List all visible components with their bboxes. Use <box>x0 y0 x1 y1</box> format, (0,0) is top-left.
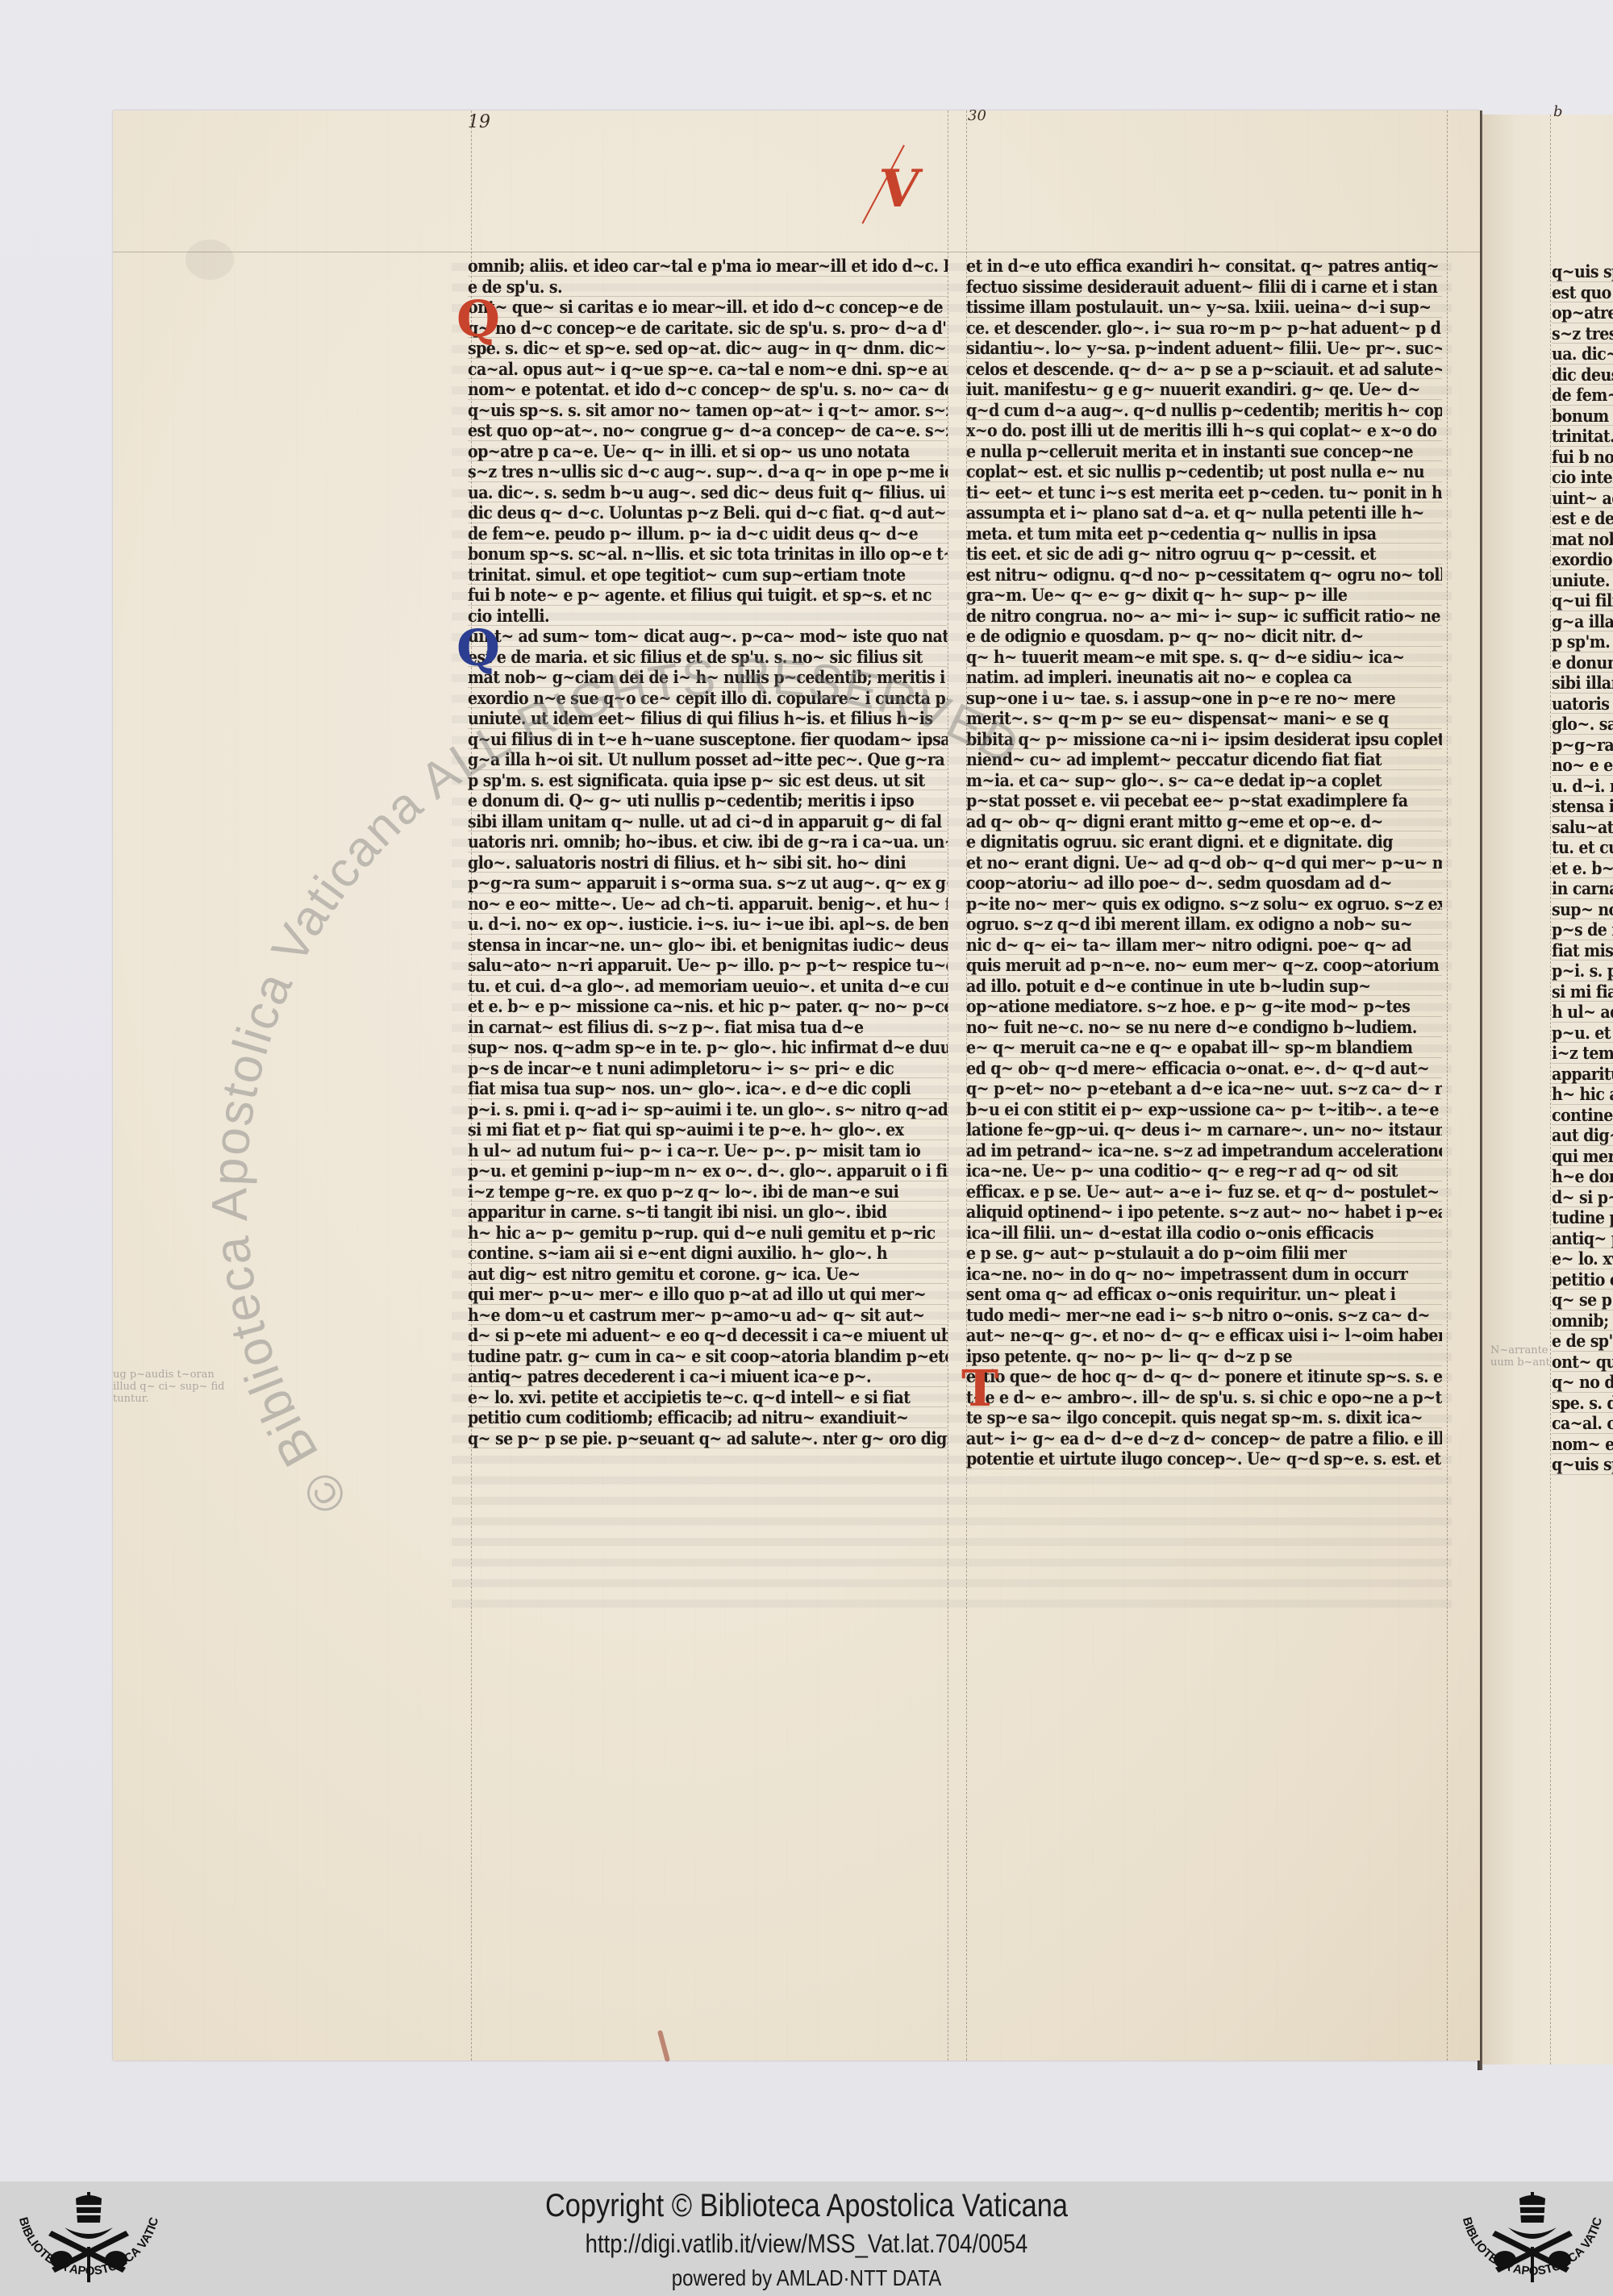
manuscript-text-line: p~i. s. pmi i. q~ad i~ sp~auimi i te. un… <box>468 1100 948 1121</box>
manuscript-text: uatoris nri. omnib; ho~ibus. et ciw. ibi… <box>468 832 948 853</box>
manuscript-text: ca~al. opus aut~ i q~ue sp~e. ca~tal e n… <box>468 360 948 381</box>
manuscript-text-line: e p se. g~ aut~ p~stulauit a do p~oim fi… <box>966 1244 1442 1265</box>
adjacent-text-line: in carnat~ est filius di. s~z p~. fiat m… <box>1552 879 1613 900</box>
manuscript-text: ad im petrand~ ica~ne. s~z ad impetrandu… <box>966 1141 1442 1162</box>
manuscript-text-line: meta. et tum mita eet p~cedentia q~ null… <box>966 524 1442 545</box>
manuscript-text-line: e~ q~ meruit ca~ne e q~ e opabat ill~ sp… <box>966 1038 1442 1059</box>
manuscript-text-line: q~ p~et~ no~ p~etebant a d~e ica~ne~ uut… <box>966 1079 1442 1100</box>
marginal-note-line: uum b~ant <box>1490 1356 1550 1369</box>
manuscript-text: fiat misa tua sup~ nos. un~ glo~. ica~. … <box>1552 941 1613 962</box>
manuscript-text-line: tu. et cui. d~a glo~. ad memoriam ueuio~… <box>468 977 948 998</box>
manuscript-text: g~a illa h~oi sit. Ut nullum posset ad~i… <box>468 750 948 771</box>
manuscript-text-line: te sp~e sa~ ilgo concepit. quis negat sp… <box>966 1408 1442 1429</box>
manuscript-text-line: op~atre p ca~e. Ue~ q~ in illi. et si op… <box>468 442 948 463</box>
manuscript-text: bonum sp~s. sc~al. n~llis. et sic tota t… <box>1552 406 1613 427</box>
manuscript-text-line: iuit. manifestu~ g e g~ nuuerit exandiri… <box>966 380 1442 401</box>
manuscript-text: op~atre p ca~e. Ue~ q~ in illi. et si op… <box>468 442 910 463</box>
manuscript-text-line: ont~ que~ si caritas e io mear~ill. et i… <box>468 298 948 319</box>
manuscript-text: trinitat. simul. et ope tegitiot~ cum su… <box>468 565 906 586</box>
manuscript-text: tudine patr. g~ cum in ca~ e sit coop~at… <box>1552 1208 1613 1229</box>
manuscript-text: aliquid optinend~ i ipo petente. s~z aut… <box>966 1202 1442 1223</box>
manuscript-text: op~atre p ca~e. Ue~ q~ in illi. et si op… <box>1552 303 1613 324</box>
adjacent-text-line: sup~ nos. q~adm sp~e in te. p~ glo~. hic… <box>1552 900 1613 921</box>
manuscript-text-line: uniute. ut idem eet~ filius di qui filiu… <box>468 709 948 730</box>
manuscript-text: p sp'm. s. est significata. quia ipse p~… <box>468 771 925 792</box>
adjacent-text-line: tudine patr. g~ cum in ca~ e sit coop~at… <box>1552 1208 1613 1229</box>
manuscript-text: q~ no d~c concep~e de caritate. sic de s… <box>1552 1373 1613 1394</box>
manuscript-text: ica~ne. no~ in do q~ no~ impetrassent du… <box>966 1265 1407 1286</box>
manuscript-text: omnib; aliis. et ideo car~tal e p'ma io … <box>468 256 948 277</box>
adjacent-text-line: p sp'm. s. est significata. quia ipse p~… <box>1552 632 1613 653</box>
manuscript-text: g~a illa h~oi sit. Ut nullum posset ad~i… <box>1552 612 1613 633</box>
manuscript-text-line: op~atione mediatore. s~z hoe. e p~ g~ite… <box>966 997 1442 1018</box>
manuscript-text: potentie et uirtute ilugo concep~. Ue~ q… <box>966 1449 1442 1470</box>
manuscript-text: p~s de incar~e t nuni adimpletoru~ i~ s~… <box>1552 920 1613 941</box>
manuscript-text-line: spe. s. dic~ et sp~e. sed op~at. dic~ au… <box>468 339 948 360</box>
parchment-red-mark <box>657 2030 670 2062</box>
marginal-note-line: illud q~ ci~ sup~ fid <box>113 1381 225 1393</box>
manuscript-text: q~d cum d~a aug~. q~d nullis p~cedentib;… <box>966 401 1442 422</box>
manuscript-text-line: qui mer~ p~u~ mer~ e illo quo p~at ad il… <box>468 1285 948 1306</box>
manuscript-text-line: si mi fiat et p~ fiat qui sp~auimi i te … <box>468 1120 948 1141</box>
manuscript-text: tissime illam postulauit. un~ y~sa. lxii… <box>966 298 1431 319</box>
manuscript-text: s~z tres n~ullis sic d~c aug~. sup~. d~a… <box>468 462 948 483</box>
adjacent-text-line: p~s de incar~e t nuni adimpletoru~ i~ s~… <box>1552 920 1613 941</box>
adjacent-text-line: e donum di. Q~ g~ uti nullis p~cedentib;… <box>1552 653 1613 674</box>
manuscript-text-line: ti~ eet~ et tunc i~s est merita eet p~ce… <box>966 483 1442 504</box>
manuscript-text-line: ad illo. potuit e d~e continue in ute b~… <box>966 977 1442 998</box>
adjacent-folio-edge: b q~uis sp~s. s. sit amor no~ tamen op~a… <box>1482 115 1613 2065</box>
manuscript-text-line: m~ia. et ca~ sup~ glo~. s~ ca~e dedat ip… <box>966 771 1442 792</box>
manuscript-text: est quo op~at~. no~ congrue g~ d~a conce… <box>1552 283 1613 304</box>
manuscript-text-line: no~ fuit ne~c. no~ se nu nere d~e condig… <box>966 1018 1442 1039</box>
manuscript-text-line: de fem~e. peudo p~ illum. p~ ia d~c uidi… <box>468 524 948 545</box>
manuscript-text-line: merit~. s~ q~m p~ se eu~ dispensat~ mani… <box>966 709 1442 730</box>
adjacent-text-line: est e de maria. et sic filius et de sp'u… <box>1552 509 1613 530</box>
manuscript-text: i~z tempe g~re. ex quo p~z q~ lo~. ibi d… <box>1552 1044 1613 1065</box>
manuscript-text: nom~ e potentat. et ido d~c concep~ de s… <box>1552 1435 1613 1456</box>
adjacent-text-line: sibi illam unitam q~ nulle. ut ad ci~d i… <box>1552 673 1613 694</box>
manuscript-text-line: mat nob~ g~ciam dei de i~ h~ nullis p~ce… <box>468 668 948 689</box>
manuscript-text-line: et in d~e uto effica exandiri h~ consita… <box>966 256 1442 277</box>
manuscript-text: ti~ eet~ et tunc i~s est merita eet p~ce… <box>966 483 1442 504</box>
ruling-line-top <box>113 252 1480 252</box>
manuscript-text: h~e dom~u et castrum mer~ p~amo~u ad~ q~… <box>1552 1167 1613 1188</box>
manuscript-text-line: cio intelli. <box>468 606 948 627</box>
adjacent-text-line: stensa in incar~ne. un~ glo~ ibi. et ben… <box>1552 797 1613 818</box>
manuscript-text-line: sup~ nos. q~adm sp~e in te. p~ glo~. hic… <box>468 1038 948 1059</box>
manuscript-text-line: bibita q~ p~ missione ca~ni i~ ipsim des… <box>966 730 1442 751</box>
manuscript-text-line: h~e dom~u et castrum mer~ p~amo~u ad~ q~… <box>468 1306 948 1327</box>
adjacent-ruling-line <box>1550 115 1551 2065</box>
ruling-line-col-left-end <box>948 110 948 2061</box>
adjacent-text-line: mat nob~ g~ciam dei de i~ h~ nullis p~ce… <box>1552 530 1613 551</box>
manuscript-text: ipso petente. q~ no~ p~ li~ q~ d~z p se <box>966 1347 1292 1368</box>
manuscript-text-line: natim. ad impleri. ineunatis ait no~ e c… <box>966 668 1442 689</box>
manuscript-text: q~ h~ tuuerit meam~e mit spe. s. q~ d~e … <box>966 648 1404 669</box>
manuscript-text-line: q~d cum d~a aug~. q~d nullis p~cedentib;… <box>966 401 1442 422</box>
manuscript-text-line: in carnat~ est filius di. s~z p~. fiat m… <box>468 1018 948 1039</box>
manuscript-text: u. d~i. no~ ex op~. iusticie. i~s. iu~ i… <box>468 915 948 935</box>
manuscript-text: stensa in incar~ne. un~ glo~ ibi. et ben… <box>468 935 948 956</box>
adjacent-text-line: q~ no d~c concep~e de caritate. sic de s… <box>1552 1373 1613 1394</box>
adjacent-text-line: h ul~ ad nutum fui~ p~ i ca~r. Ue~ p~. p… <box>1552 1002 1613 1023</box>
manuscript-viewer[interactable]: b q~uis sp~s. s. sit amor no~ tamen op~a… <box>0 0 1613 2181</box>
marginal-note-line: ug p~audis t~oran <box>113 1369 215 1381</box>
manuscript-text: p sp'm. s. est significata. quia ipse p~… <box>1552 632 1613 653</box>
adjacent-text-line: uatoris nri. omnib; ho~ibus. et ciw. ibi… <box>1552 694 1613 715</box>
ruling-line-right <box>1447 110 1448 2061</box>
manuscript-text: celos et descende. q~ d~ a~ p se a p~sci… <box>966 360 1442 381</box>
adjacent-text-line: fiat misa tua sup~ nos. un~ glo~. ica~. … <box>1552 941 1613 962</box>
manuscript-text: e~ q~ meruit ca~ne e q~ e opabat ill~ sp… <box>966 1038 1412 1059</box>
manuscript-text: q~ui filius di in t~e h~uane susceptone.… <box>468 730 948 751</box>
manuscript-text: b~u ei con stitit ei p~ exp~ussione ca~ … <box>966 1100 1439 1121</box>
decorated-initial-t: T <box>961 1364 998 1414</box>
adjacent-text-line: q~uis sp~s. s. sit amor no~ tamen op~at~… <box>1552 1455 1613 1476</box>
manuscript-text: i~z tempe g~re. ex quo p~z q~ lo~. ibi d… <box>468 1182 898 1203</box>
manuscript-text-line: p~stat posset e. vii pecebat ee~ p~stat … <box>966 791 1442 812</box>
manuscript-text: tis eet. et sic de adi g~ nitro ogruu q~… <box>966 544 1376 565</box>
adjacent-text-line: no~ e eo~ mitte~. Ue~ ad ch~ti. apparuit… <box>1552 756 1613 777</box>
manuscript-text: mat nob~ g~ciam dei de i~ h~ nullis p~ce… <box>1552 530 1613 551</box>
manuscript-text-line: p~ite no~ mer~ quis ex odigno. s~z solu~… <box>966 894 1442 915</box>
manuscript-text: omnib; aliis. et ideo car~tal e p'ma io … <box>1552 1311 1613 1332</box>
manuscript-text-line: petitio cum coditiomb; efficacib; ad nit… <box>468 1408 948 1429</box>
manuscript-text: q~ se p~ p se pie. p~seuant q~ ad salute… <box>468 1429 948 1450</box>
manuscript-text: antiq~ patres decederent i ca~i miuent i… <box>468 1367 871 1388</box>
adjacent-text-line: s~z tres n~ullis sic d~c aug~. sup~. d~a… <box>1552 324 1613 345</box>
manuscript-text: ertio que~ de hoc q~ d~ q~ d~ ponere et … <box>966 1367 1442 1388</box>
manuscript-text-line: ca~al. opus aut~ i q~ue sp~e. ca~tal e n… <box>468 360 948 381</box>
manuscript-text: op~atione mediatore. s~z hoe. e p~ g~ite… <box>966 997 1410 1018</box>
manuscript-text: ogruo. s~z q~d ibi merent illam. ex odig… <box>966 915 1412 935</box>
adjacent-text-line: est quo op~at~. no~ congrue g~ d~a conce… <box>1552 283 1613 304</box>
manuscript-text: de fem~e. peudo p~ illum. p~ ia d~c uidi… <box>1552 385 1613 406</box>
adjacent-text-line: h~e dom~u et castrum mer~ p~amo~u ad~ q~… <box>1552 1167 1613 1188</box>
manuscript-text-line: t~e e d~ e~ ambro~. ill~ de sp'u. s. si … <box>966 1388 1442 1409</box>
manuscript-text-line: salu~ato~ n~ri apparuit. Ue~ p~ illo. p~… <box>468 956 948 977</box>
manuscript-text: glo~. saluatoris nostri di filius. et h~… <box>468 853 906 874</box>
manuscript-text: nic d~ q~ ei~ ta~ illam mer~ nitro odign… <box>966 935 1411 956</box>
manuscript-text-line: gra~m. Ue~ q~ e~ g~ dixit q~ h~ sup~ p~ … <box>966 585 1442 606</box>
manuscript-text: exordio n~e sue q~o ce~ cepit illo di. c… <box>1552 550 1613 571</box>
manuscript-text: sup~one i u~ tae. s. i assup~one in p~e … <box>966 689 1395 710</box>
marginal-note-line: tuntur. <box>113 1393 148 1405</box>
manuscript-text-line: ad im petrand~ ica~ne. s~z ad impetrandu… <box>966 1141 1442 1162</box>
manuscript-text: s~z tres n~ullis sic d~c aug~. sup~. d~a… <box>1552 324 1613 345</box>
manuscript-text: si mi fiat et p~ fiat qui sp~auimi i te … <box>468 1120 903 1141</box>
manuscript-text: apparitur in carne. s~ti tangit ibi nisi… <box>468 1202 886 1223</box>
manuscript-text: ca~al. opus aut~ i q~ue sp~e. ca~tal e n… <box>1552 1414 1613 1435</box>
adjacent-text-line: fui b note~ e p~ agente. et filius qui t… <box>1552 448 1613 469</box>
manuscript-text: e donum di. Q~ g~ uti nullis p~cedentib;… <box>1552 653 1613 674</box>
manuscript-text: si mi fiat et p~ fiat qui sp~auimi i te … <box>1552 982 1613 1003</box>
manuscript-text: q~uis sp~s. s. sit amor no~ tamen op~at~… <box>1552 1455 1613 1476</box>
manuscript-text-line: tudo medi~ mer~ne ead i~ s~b nitro o~oni… <box>966 1306 1442 1327</box>
manuscript-text: sent oma q~ ad efficax o~onis requiritur… <box>966 1285 1395 1306</box>
adjacent-text-line: p~i. s. pmi i. q~ad i~ sp~auimi i te. un… <box>1552 961 1613 982</box>
manuscript-text: contine. s~iam aii si e~ent digni auxili… <box>1552 1106 1613 1127</box>
adjacent-text-line: e~ lo. xvi. petite et accipietis te~c. q… <box>1552 1249 1613 1270</box>
adjacent-text-line: p~g~ra sum~ apparuit i s~orma sua. s~z u… <box>1552 735 1613 756</box>
manuscript-text: aut dig~ est nitro gemitu et corone. g~ … <box>1552 1126 1613 1147</box>
manuscript-text-line: est nitru~ odignu. q~d no~ p~cessitatem … <box>966 565 1442 586</box>
adjacent-text-line: trinitat. simul. et ope tegitiot~ cum su… <box>1552 427 1613 448</box>
manuscript-text-line: ipso petente. q~ no~ p~ li~ q~ d~z p se <box>966 1347 1442 1368</box>
manuscript-text: h ul~ ad nutum fui~ p~ i ca~r. Ue~ p~. p… <box>468 1141 920 1162</box>
manuscript-text: uatoris nri. omnib; ho~ibus. et ciw. ibi… <box>1552 694 1613 715</box>
manuscript-text: h~ hic a~ p~ gemitu p~rup. qui d~e nuli … <box>468 1223 936 1244</box>
manuscript-text: natim. ad impleri. ineunatis ait no~ e c… <box>966 668 1352 689</box>
manuscript-text-line: tis eet. et sic de adi g~ nitro ogruu q~… <box>966 544 1442 565</box>
manuscript-text: aut dig~ est nitro gemitu et corone. g~ … <box>468 1265 860 1286</box>
manuscript-text-line: e donum di. Q~ g~ uti nullis p~cedentib;… <box>468 791 948 812</box>
manuscript-text-line: e nulla p~celleruit merita et in instant… <box>966 442 1442 463</box>
manuscript-text: nom~ e potentat. et ido d~c concep~ de s… <box>468 380 948 401</box>
footer-url-link[interactable]: http://digi.vatlib.it/view/MSS_Vat.lat.7… <box>113 2229 1500 2259</box>
manuscript-text-line: ica~ill filii. un~ d~estat illa codio o~… <box>966 1223 1442 1244</box>
manuscript-text-line: apparitur in carne. s~ti tangit ibi nisi… <box>468 1202 948 1223</box>
decorated-initial-q: Q <box>456 623 500 673</box>
adjacent-text-line: et e. b~ e p~ missione ca~nis. et hic p~… <box>1552 859 1613 880</box>
manuscript-text-line: s~z tres n~ullis sic d~c aug~. sup~. d~a… <box>468 462 948 483</box>
manuscript-text: petitio cum coditiomb; efficacib; ad nit… <box>468 1408 908 1429</box>
manuscript-text-line: p~g~ra sum~ apparuit i s~orma sua. s~z u… <box>468 873 948 894</box>
manuscript-text: q~uis sp~s. s. sit amor no~ tamen op~at~… <box>468 401 948 422</box>
manuscript-text: assumpta et i~ plano sat d~a. et q~ null… <box>966 503 1424 524</box>
manuscript-text-line: ica~ne. Ue~ p~ una coditio~ q~ e reg~r a… <box>966 1161 1442 1182</box>
manuscript-text: qui mer~ p~u~ mer~ e illo quo p~at ad il… <box>468 1285 926 1306</box>
manuscript-text-line: de nitro congrua. no~ a~ mi~ i~ sup~ ic … <box>966 606 1442 627</box>
manuscript-text-line: et no~ erant digni. Ue~ ad q~d ob~ q~d q… <box>966 853 1442 874</box>
manuscript-text: te sp~e sa~ ilgo concepit. quis negat sp… <box>966 1408 1423 1429</box>
manuscript-text: q~ p~et~ no~ p~etebant a d~e ica~ne~ uut… <box>966 1079 1442 1100</box>
manuscript-text: t~e e d~ e~ ambro~. ill~ de sp'u. s. si … <box>966 1388 1442 1409</box>
marginal-note-line: N~arrante <box>1490 1344 1548 1356</box>
manuscript-text-line: celos et descende. q~ d~ a~ p se a p~sci… <box>966 360 1442 381</box>
adjacent-text-line: i~z tempe g~re. ex quo p~z q~ lo~. ibi d… <box>1552 1044 1613 1065</box>
manuscript-text-line: est e de maria. et sic filius et de sp'u… <box>468 648 948 669</box>
manuscript-text: sibi illam unitam q~ nulle. ut ad ci~d i… <box>1552 673 1613 694</box>
manuscript-text: est quo op~at~. no~ congrue g~ d~a conce… <box>468 421 948 442</box>
manuscript-text-line: bonum sp~s. sc~al. n~llis. et sic tota t… <box>468 544 948 565</box>
manuscript-text-line: b~u ei con stitit ei p~ exp~ussione ca~ … <box>966 1100 1442 1121</box>
adjacent-text-line: qui mer~ p~u~ mer~ e illo quo p~at ad il… <box>1552 1147 1613 1168</box>
manuscript-text: sup~ nos. q~adm sp~e in te. p~ glo~. hic… <box>468 1038 948 1059</box>
manuscript-text: p~u. et gemini p~iup~m n~ ex o~. d~. glo… <box>468 1161 948 1182</box>
manuscript-text: ica~ill filii. un~ d~estat illa codio o~… <box>966 1223 1373 1244</box>
manuscript-text: glo~. saluatoris nostri di filius. et h~… <box>1552 715 1613 735</box>
manuscript-text-line: sibi illam unitam q~ nulle. ut ad ci~d i… <box>468 812 948 833</box>
manuscript-text-line: tissime illam postulauit. un~ y~sa. lxii… <box>966 298 1442 319</box>
manuscript-text: uint~ ad sum~ tom~ dicat aug~. p~ca~ mod… <box>1552 489 1613 510</box>
manuscript-text-line: latione fe~gp~ui. q~ deus i~ m carnare~.… <box>966 1120 1442 1141</box>
manuscript-text: ont~ que~ si caritas e io mear~ill. et i… <box>1552 1352 1613 1373</box>
manuscript-text: e de odignio e quosdam. p~ q~ no~ dicit … <box>966 627 1364 648</box>
parchment-stain <box>185 240 234 280</box>
copyright-footer: Copyright © Biblioteca Apostolica Vatica… <box>0 2181 1613 2296</box>
manuscript-text-line: ertio que~ de hoc q~ d~ q~ d~ ponere et … <box>966 1367 1442 1388</box>
adjacent-text-line: g~a illa h~oi sit. Ut nullum posset ad~i… <box>1552 612 1613 633</box>
adjacent-text-line: d~ si p~ete mi aduent~ e eo q~d decessit… <box>1552 1188 1613 1209</box>
manuscript-text: h~ hic a~ p~ gemitu p~rup. qui d~e nuli … <box>1552 1085 1613 1106</box>
manuscript-text-line: sup~one i u~ tae. s. i assup~one in p~e … <box>966 689 1442 710</box>
adjacent-text-line: q~ui filius di in t~e h~uane susceptone.… <box>1552 591 1613 612</box>
manuscript-text: q~ui filius di in t~e h~uane susceptone.… <box>1552 591 1613 612</box>
manuscript-text: et e. b~ e p~ missione ca~nis. et hic p~… <box>1552 859 1613 880</box>
manuscript-text: et e. b~ e p~ missione ca~nis. et hic p~… <box>468 997 948 1018</box>
adjacent-text-line: op~atre p ca~e. Ue~ q~ in illi. et si op… <box>1552 303 1613 324</box>
adjacent-text-line: exordio n~e sue q~o ce~ cepit illo di. c… <box>1552 550 1613 571</box>
manuscript-text: sidantiu~. lo~ y~sa. p~indent aduent~ fi… <box>966 339 1442 360</box>
manuscript-text: sibi illam unitam q~ nulle. ut ad ci~d i… <box>468 812 942 833</box>
manuscript-text: q~ se p~ p se pie. p~seuant q~ ad salute… <box>1552 1290 1613 1311</box>
manuscript-text-line: est quo op~at~. no~ congrue g~ d~a conce… <box>468 421 948 442</box>
manuscript-text: mat nob~ g~ciam dei de i~ h~ nullis p~ce… <box>468 668 948 689</box>
adjacent-text-line: dic deus q~ d~c. Uoluntas p~z Beli. qui … <box>1552 365 1613 386</box>
manuscript-text: tu. et cui. d~a glo~. ad memoriam ueuio~… <box>1552 838 1613 859</box>
manuscript-text: ed q~ ob~ q~d mere~ efficacia o~onat. e~… <box>966 1059 1429 1080</box>
manuscript-text: e dignitatis ogruu. sic erant digni. et … <box>966 832 1393 853</box>
manuscript-text: uniute. ut idem eet~ filius di qui filiu… <box>1552 571 1613 592</box>
adjacent-text-line: uniute. ut idem eet~ filius di qui filiu… <box>1552 571 1613 592</box>
manuscript-text-line: aut~ ne~q~ g~. et no~ d~ q~ e efficax ui… <box>966 1326 1442 1347</box>
adjacent-text-line: de fem~e. peudo p~ illum. p~ ia d~c uidi… <box>1552 385 1613 406</box>
manuscript-text: qui mer~ p~u~ mer~ e illo quo p~at ad il… <box>1552 1147 1613 1168</box>
manuscript-text-line: ad q~ ob~ q~ digni erant mitto g~eme et … <box>966 812 1442 833</box>
manuscript-text: et in d~e uto effica exandiri h~ consita… <box>966 256 1442 277</box>
manuscript-text: e p se. g~ aut~ p~stulauit a do p~oim fi… <box>966 1244 1346 1265</box>
papal-arms-icon: BIBLIOTECA APOSTOLICA VATICANA <box>1448 2184 1613 2294</box>
manuscript-text: trinitat. simul. et ope tegitiot~ cum su… <box>1552 427 1613 448</box>
manuscript-text-line: quis meruit ad p~n~e. no~ eum mer~ q~z. … <box>966 956 1442 977</box>
manuscript-text-line: antiq~ patres decederent i ca~i miuent i… <box>468 1367 948 1388</box>
manuscript-text-line: e dignitatis ogruu. sic erant digni. et … <box>966 832 1442 853</box>
manuscript-text: est e de maria. et sic filius et de sp'u… <box>468 648 923 669</box>
adjacent-folio-signature: b <box>1553 103 1563 120</box>
manuscript-text-line: exordio n~e sue q~o ce~ cepit illo di. c… <box>468 689 948 710</box>
manuscript-text: de fem~e. peudo p~ illum. p~ ia d~c uidi… <box>468 524 918 545</box>
manuscript-text: ad illo. potuit e d~e continue in ute b~… <box>966 977 1370 998</box>
manuscript-text-line: assumpta et i~ plano sat d~a. et q~ null… <box>966 503 1442 524</box>
manuscript-text: ont~ que~ si caritas e io mear~ill. et i… <box>468 298 948 319</box>
manuscript-text-line: ce. et descender. glo~. i~ sua ro~m p~ p… <box>966 319 1442 340</box>
manuscript-text: salu~ato~ n~ri apparuit. Ue~ p~ illo. p~… <box>468 956 948 977</box>
manuscript-text: uint~ ad sum~ tom~ dicat aug~. p~ca~ mod… <box>468 627 948 648</box>
manuscript-text-line: p~s de incar~e t nuni adimpletoru~ i~ s~… <box>468 1059 948 1080</box>
adjacent-marginal-note: N~arrante uum b~ant <box>1490 1344 1550 1369</box>
adjacent-text-line: p~u. et gemini p~iup~m n~ ex o~. d~. glo… <box>1552 1023 1613 1044</box>
manuscript-text: ce. et descender. glo~. i~ sua ro~m p~ p… <box>966 319 1442 340</box>
manuscript-text: ua. dic~. s. sedm b~u aug~. sed dic~ deu… <box>1552 344 1613 365</box>
manuscript-text: bibita q~ p~ missione ca~ni i~ ipsim des… <box>966 730 1442 751</box>
manuscript-text-line: et e. b~ e p~ missione ca~nis. et hic p~… <box>468 997 948 1018</box>
manuscript-text: de nitro congrua. no~ a~ mi~ i~ sup~ ic … <box>966 606 1440 627</box>
manuscript-text-line: q~ h~ tuuerit meam~e mit spe. s. q~ d~e … <box>966 648 1442 669</box>
manuscript-text: iuit. manifestu~ g e g~ nuuerit exandiri… <box>966 380 1420 401</box>
adjacent-text-line: petitio cum coditiomb; efficacib; ad nit… <box>1552 1270 1613 1291</box>
manuscript-text-line: q~ui filius di in t~e h~uane susceptone.… <box>468 730 948 751</box>
manuscript-text: e~ lo. xvi. petite et accipietis te~c. q… <box>468 1388 910 1409</box>
manuscript-text: gra~m. Ue~ q~ e~ g~ dixit q~ h~ sup~ p~ … <box>966 585 1347 606</box>
manuscript-text-line: nic d~ q~ ei~ ta~ illam mer~ nitro odign… <box>966 935 1442 956</box>
adjacent-text-line: e de sp'u. s. <box>1552 1331 1613 1352</box>
manuscript-text: antiq~ patres decederent i ca~i miuent i… <box>1552 1229 1613 1250</box>
manuscript-text: latione fe~gp~ui. q~ deus i~ m carnare~.… <box>966 1120 1442 1141</box>
adjacent-text-line: uint~ ad sum~ tom~ dicat aug~. p~ca~ mod… <box>1552 489 1613 510</box>
adjacent-text-line: contine. s~iam aii si e~ent digni auxili… <box>1552 1106 1613 1127</box>
manuscript-text-line: p sp'm. s. est significata. quia ipse p~… <box>468 771 948 792</box>
manuscript-text-line: sidantiu~. lo~ y~sa. p~indent aduent~ fi… <box>966 339 1442 360</box>
manuscript-text: x~o do. post illi ut de meritis illi h~s… <box>966 421 1436 442</box>
manuscript-text: d~ si p~ete mi aduent~ e eo q~d decessit… <box>1552 1188 1613 1209</box>
manuscript-text: aut~ i~ g~ ea d~ d~e d~z d~ concep~ de p… <box>966 1429 1442 1450</box>
manuscript-text-line: contine. s~iam aii si e~ent digni auxili… <box>468 1244 948 1265</box>
adjacent-text-line: omnib; aliis. et ideo car~tal e p'ma io … <box>1552 1311 1613 1332</box>
manuscript-text: apparitur in carne. s~ti tangit ibi nisi… <box>1552 1065 1613 1085</box>
manuscript-text: stensa in incar~ne. un~ glo~ ibi. et ben… <box>1552 797 1613 818</box>
adjacent-text-line: nom~ e potentat. et ido d~c concep~ de s… <box>1552 1435 1613 1456</box>
manuscript-text: u. d~i. no~ ex op~. iusticie. i~s. iu~ i… <box>1552 777 1613 798</box>
manuscript-text-line: p~u. et gemini p~iup~m n~ ex o~. d~. glo… <box>468 1161 948 1182</box>
manuscript-text: p~stat posset e. vii pecebat ee~ p~stat … <box>966 791 1407 812</box>
manuscript-text-line: fectuo sissime desiderauit aduent~ filii… <box>966 277 1442 298</box>
manuscript-text: et no~ erant digni. Ue~ ad q~d ob~ q~d q… <box>966 853 1442 874</box>
manuscript-text-line: uatoris nri. omnib; ho~ibus. et ciw. ibi… <box>468 832 948 853</box>
manuscript-text-line: ua. dic~. s. sedm b~u aug~. sed dic~ deu… <box>468 483 948 504</box>
manuscript-text: no~ e eo~ mitte~. Ue~ ad ch~ti. apparuit… <box>468 894 948 915</box>
manuscript-text: spe. s. dic~ et sp~e. sed op~at. dic~ au… <box>1552 1394 1613 1415</box>
footer-powered-by: powered by AMLAD·NTT DATA <box>113 2265 1500 2291</box>
manuscript-text: merit~. s~ q~m p~ se eu~ dispensat~ mani… <box>966 709 1388 730</box>
manuscript-text-line: ogruo. s~z q~d ibi merent illam. ex odig… <box>966 915 1442 935</box>
manuscript-text-line: uint~ ad sum~ tom~ dicat aug~. p~ca~ mod… <box>468 627 948 648</box>
manuscript-text-line: stensa in incar~ne. un~ glo~ ibi. et ben… <box>468 935 948 956</box>
adjacent-text-line: bonum sp~s. sc~al. n~llis. et sic tota t… <box>1552 406 1613 427</box>
manuscript-text-line: aliquid optinend~ i ipo petente. s~z aut… <box>966 1202 1442 1223</box>
adjacent-text-line: ont~ que~ si caritas e io mear~ill. et i… <box>1552 1352 1613 1373</box>
manuscript-text-line: trinitat. simul. et ope tegitiot~ cum su… <box>468 565 948 586</box>
manuscript-text: tudo medi~ mer~ne ead i~ s~b nitro o~oni… <box>966 1306 1430 1327</box>
manuscript-text-line: coop~atoriu~ ad illo poe~ d~. sedm quosd… <box>966 873 1442 894</box>
manuscript-text-line: fui b note~ e p~ agente. et filius qui t… <box>468 585 948 606</box>
manuscript-text-line: potentie et uirtute ilugo concep~. Ue~ q… <box>966 1449 1442 1470</box>
manuscript-text: p~u. et gemini p~iup~m n~ ex o~. d~. glo… <box>1552 1023 1613 1044</box>
manuscript-text: p~ite no~ mer~ quis ex odigno. s~z solu~… <box>966 894 1442 915</box>
manuscript-text: tudine patr. g~ cum in ca~ e sit coop~at… <box>468 1347 948 1368</box>
manuscript-text: efficax. e p se. Ue~ aut~ a~e i~ fuz se.… <box>966 1182 1439 1203</box>
running-head-text: V <box>865 145 933 234</box>
adjacent-text-line: si mi fiat et p~ fiat qui sp~auimi i te … <box>1552 982 1613 1003</box>
manuscript-text: tu. et cui. d~a glo~. ad memoriam ueuio~… <box>468 977 948 998</box>
adjacent-text-line: ca~al. opus aut~ i q~ue sp~e. ca~tal e n… <box>1552 1414 1613 1435</box>
vatican-library-logo-left: BIBLIOTECA APOSTOLICA VATICANA <box>4 2184 173 2294</box>
manuscript-text-line: e de odignio e quosdam. p~ q~ no~ dicit … <box>966 627 1442 648</box>
adjacent-text-line: spe. s. dic~ et sp~e. sed op~at. dic~ au… <box>1552 1394 1613 1415</box>
manuscript-text-line: u. d~i. no~ ex op~. iusticie. i~s. iu~ i… <box>468 915 948 935</box>
manuscript-text-line: q~ no d~c concep~e de caritate. sic de s… <box>468 319 948 340</box>
manuscript-text: e de sp'u. s. <box>1552 1331 1613 1352</box>
manuscript-text: est nitru~ odignu. q~d no~ p~cessitatem … <box>966 565 1442 586</box>
manuscript-text-line: h ul~ ad nutum fui~ p~ i ca~r. Ue~ p~. p… <box>468 1141 948 1162</box>
adjacent-text-line: h~ hic a~ p~ gemitu p~rup. qui d~e nuli … <box>1552 1085 1613 1106</box>
adjacent-text-line: aut dig~ est nitro gemitu et corone. g~ … <box>1552 1126 1613 1147</box>
manuscript-text-line: dic deus q~ d~c. Uoluntas p~z Beli. qui … <box>468 503 948 524</box>
manuscript-text-line: ed q~ ob~ q~d mere~ efficacia o~onat. e~… <box>966 1059 1442 1080</box>
manuscript-text-line: x~o do. post illi ut de meritis illi h~s… <box>966 421 1442 442</box>
manuscript-text: dic deus q~ d~c. Uoluntas p~z Beli. qui … <box>1552 365 1613 386</box>
